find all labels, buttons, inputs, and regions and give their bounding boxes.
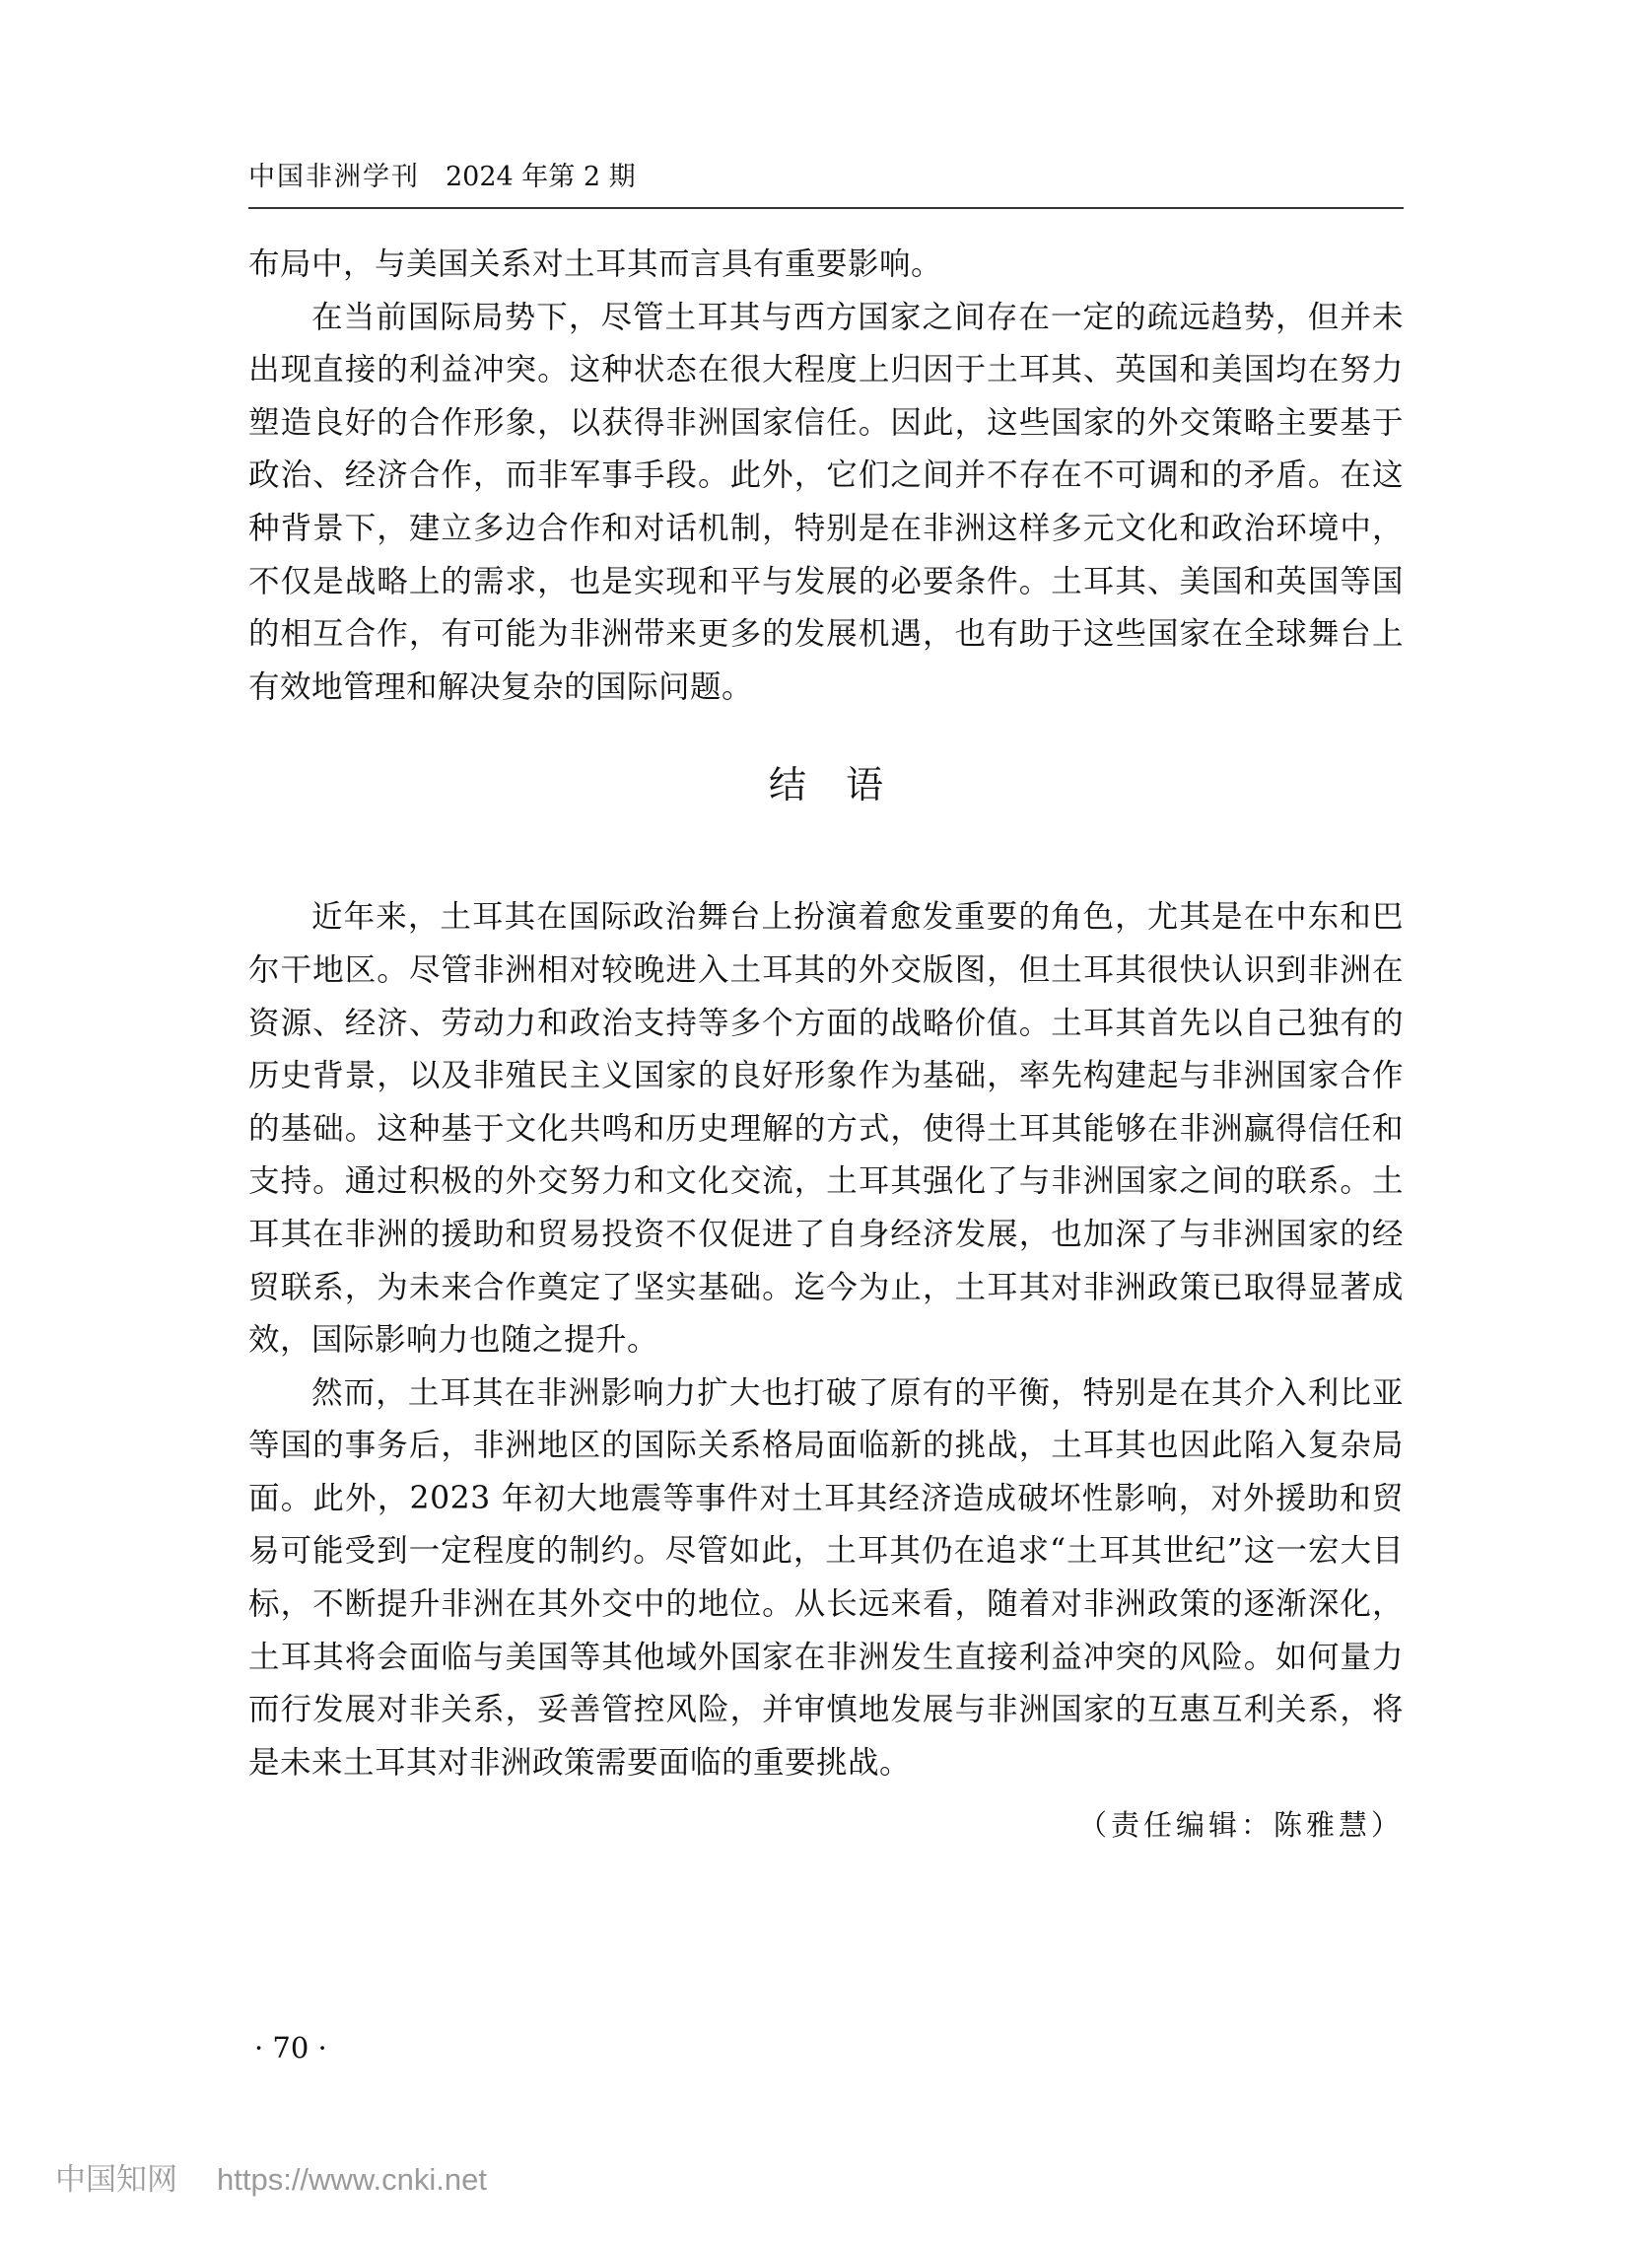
issue-label: 2024 年第 2 期 <box>446 162 636 192</box>
watermark-url: https://www.cnki.net <box>217 2162 487 2197</box>
watermark-brand: 中国知网 <box>55 2162 177 2197</box>
page-number: · 70 · <box>254 2031 327 2065</box>
section-heading: 结语 <box>288 755 1404 814</box>
paragraph: 近年来，土耳其在国际政治舞台上扮演着愈发重要的角色，尤其是在中东和巴尔干地区。尽… <box>248 891 1404 1367</box>
editor-note: （责任编辑：陈雅慧） <box>248 1803 1404 1844</box>
watermark: 中国知网https://www.cnki.net <box>55 2154 487 2199</box>
running-header: 中国非洲学刊2024 年第 2 期 <box>248 158 1404 209</box>
article-body: 布局中，与美国关系对土耳其而言具有重要影响。 在当前国际局势下，尽管土耳其与西方… <box>248 239 1404 1844</box>
paragraph: 在当前国际局势下，尽管土耳其与西方国家之间存在一定的疏远趋势，但并未出现直接的利… <box>248 292 1404 715</box>
journal-name: 中国非洲学刊 <box>248 162 420 192</box>
paragraph-continued: 布局中，与美国关系对土耳其而言具有重要影响。 <box>248 239 1404 292</box>
paragraph: 然而，土耳其在非洲影响力扩大也打破了原有的平衡，特别是在其介入利比亚等国的事务后… <box>248 1367 1404 1790</box>
